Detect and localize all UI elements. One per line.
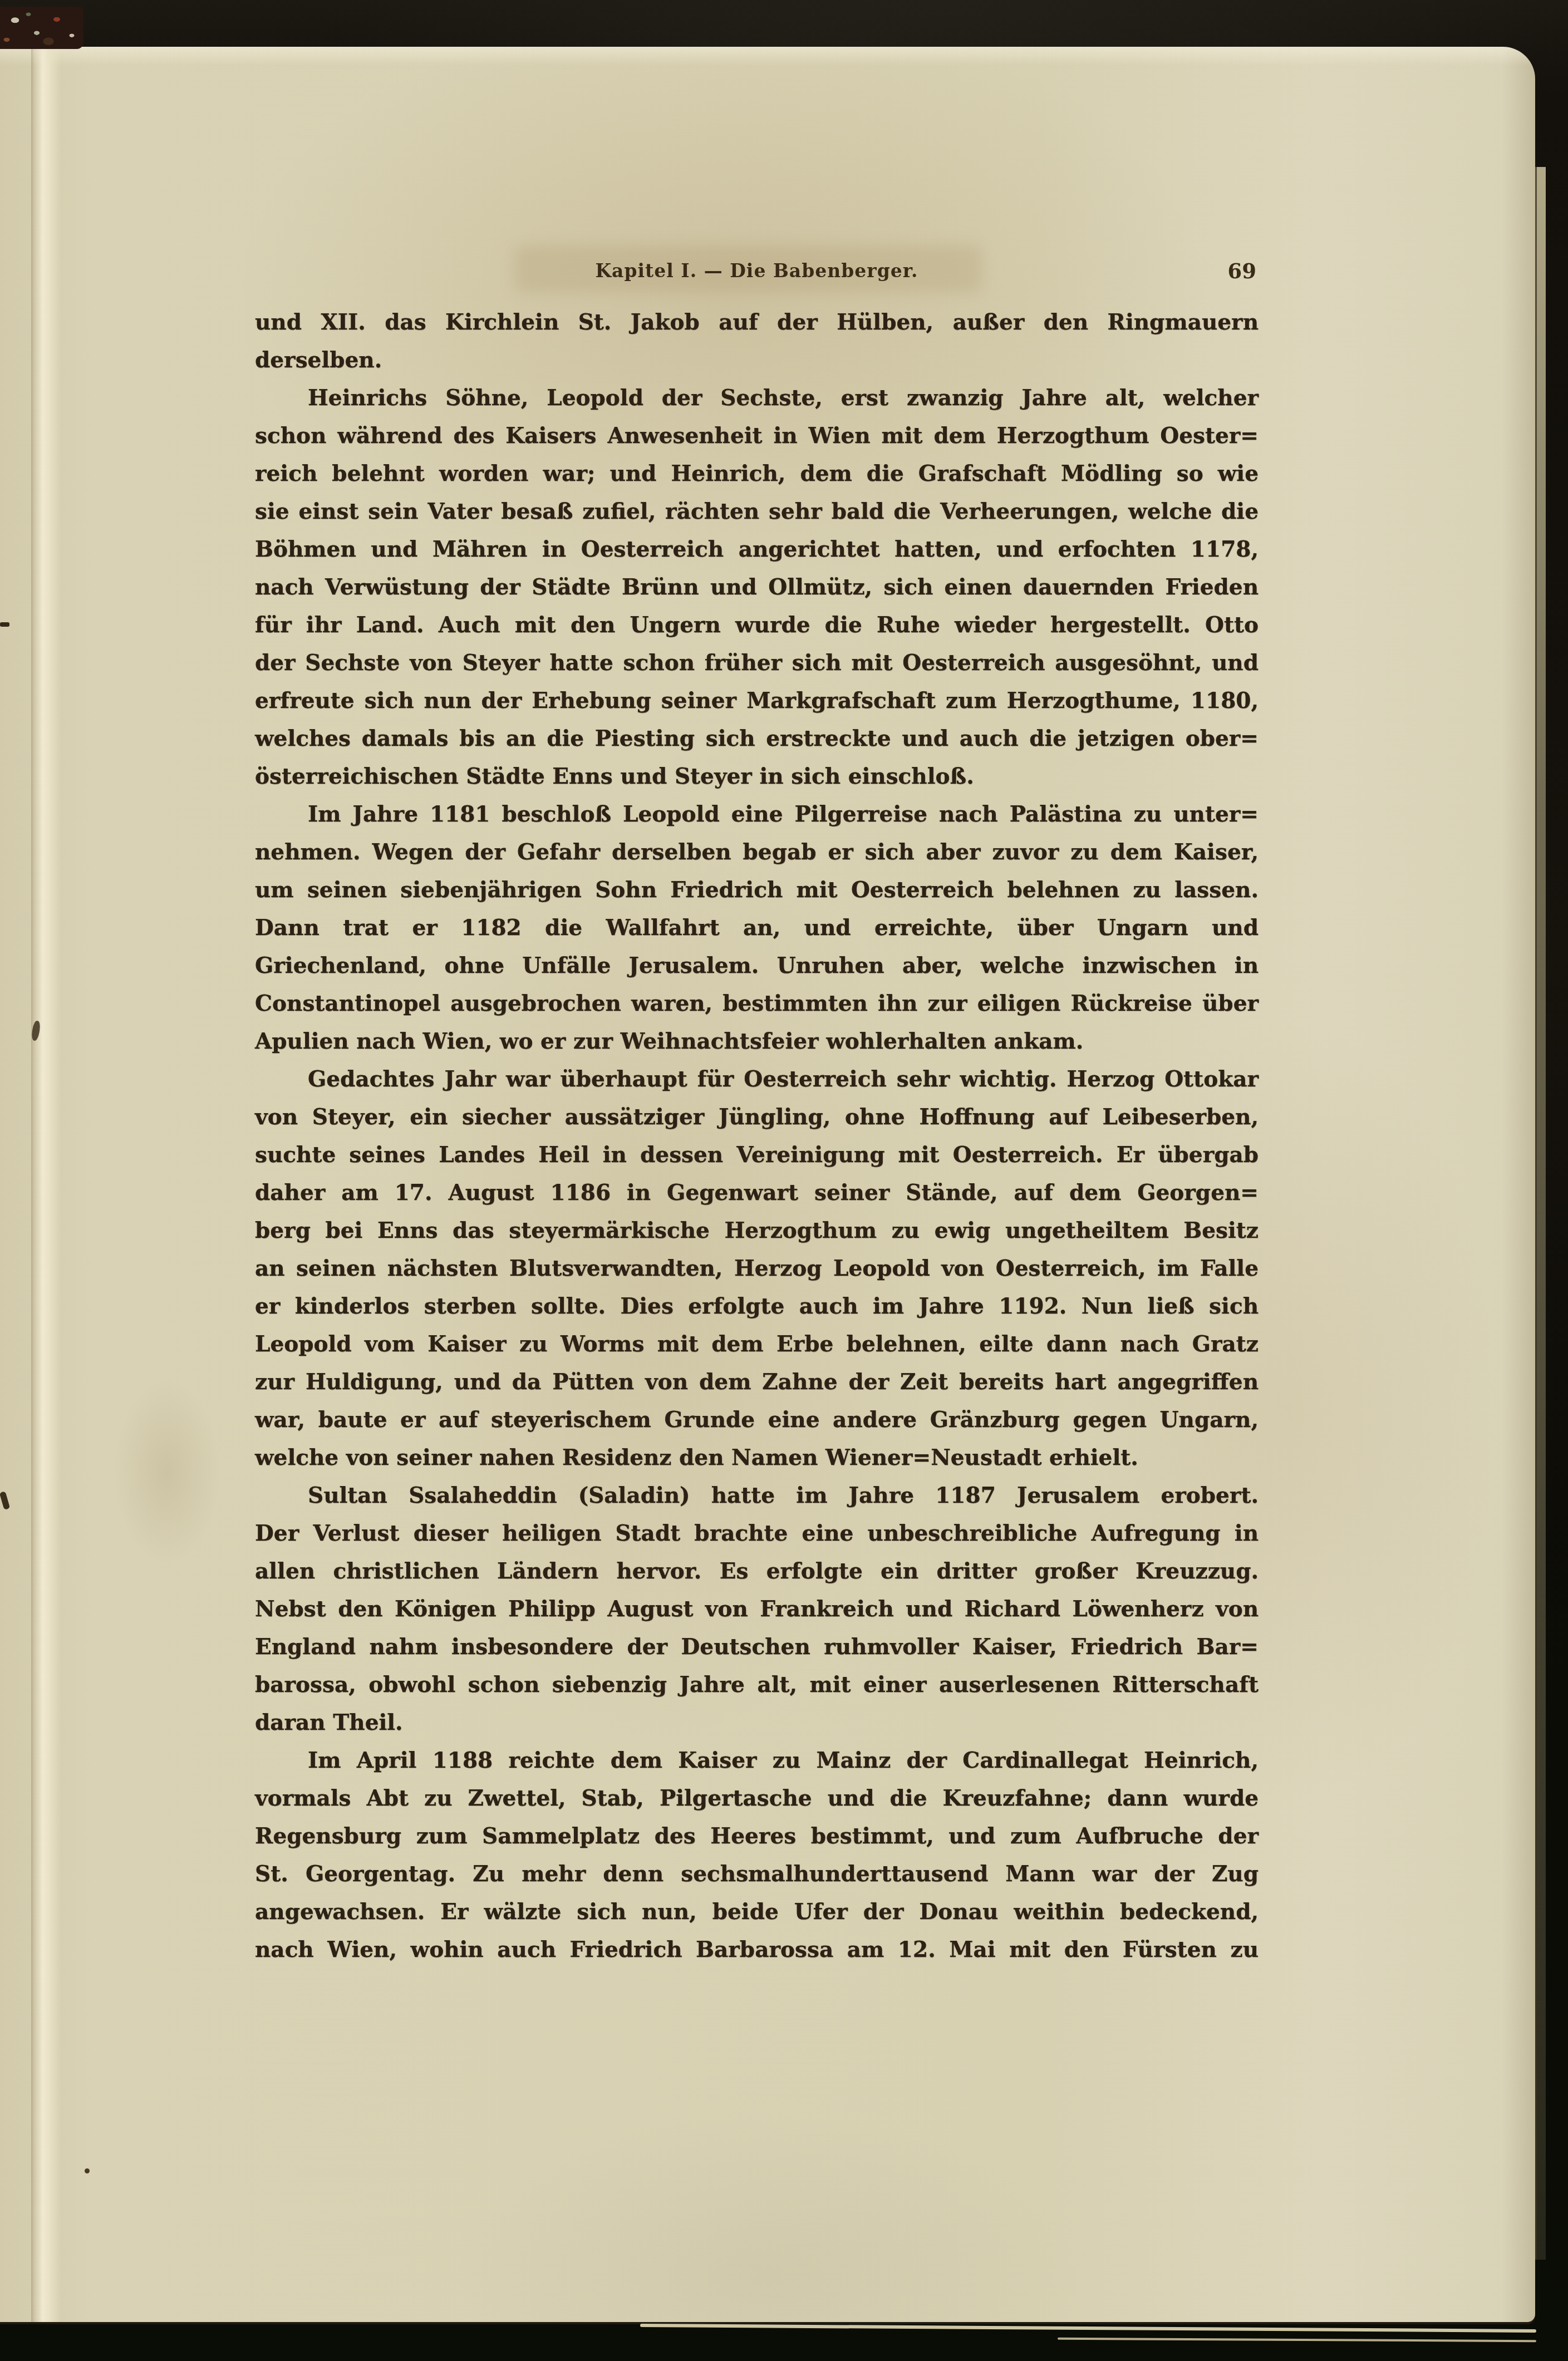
- text-line: um seinen siebenjährigen Sohn Friedrich …: [255, 871, 1259, 909]
- text-line: England nahm insbesondere der Deutschen …: [255, 1628, 1259, 1666]
- text-line: reich belehnt worden war; und Heinrich, …: [255, 455, 1259, 493]
- book-scan: Kapitel I. — Die Babenberger. 69 und XII…: [0, 0, 1568, 2361]
- text-line: Im Jahre 1181 beschloß Leopold eine Pilg…: [255, 795, 1259, 833]
- text-line: österreichischen Städte Enns und Steyer …: [255, 758, 1259, 795]
- text-line: nehmen. Wegen der Gefahr derselben begab…: [255, 833, 1259, 871]
- text-line: welches damals bis an die Piesting sich …: [255, 720, 1259, 758]
- gutter-crease: [31, 47, 61, 2322]
- text-line: für ihr Land. Auch mit den Ungern wurde …: [255, 606, 1259, 644]
- running-head: Kapitel I. — Die Babenberger. 69: [255, 252, 1259, 291]
- text-line: Apulien nach Wien, wo er zur Weihnachtsf…: [255, 1022, 1259, 1060]
- underlying-page-edge: [640, 2324, 1536, 2333]
- text-line: Constantinopel ausgebrochen waren, besti…: [255, 985, 1259, 1022]
- text-line: zur Huldigung, und da Pütten von dem Zah…: [255, 1363, 1259, 1401]
- paper-stain: [114, 1380, 220, 1564]
- text-line: vormals Abt zu Zwettel, Stab, Pilgertasc…: [255, 1779, 1259, 1817]
- text-line: welche von seiner nahen Residenz den Nam…: [255, 1439, 1259, 1477]
- text-line: sie einst sein Vater besaß zufiel, rächt…: [255, 493, 1259, 530]
- text-line: barossa, obwohl schon siebenzig Jahre al…: [255, 1666, 1259, 1704]
- text-line: Der Verlust dieser heiligen Stadt bracht…: [255, 1514, 1259, 1552]
- text-line: Böhmen und Mähren in Oesterreich angeric…: [255, 530, 1259, 568]
- text-block: und XII. das Kirchlein St. Jakob auf der…: [255, 303, 1259, 1969]
- running-header-title: Kapitel I. — Die Babenberger.: [255, 252, 1259, 291]
- text-line: Leopold vom Kaiser zu Worms mit dem Erbe…: [255, 1325, 1259, 1363]
- text-line: angewachsen. Er wälzte sich nun, beide U…: [255, 1893, 1259, 1931]
- text-line: Sultan Ssalaheddin (Saladin) hatte im Ja…: [255, 1477, 1259, 1514]
- text-line: berg bei Enns das steyermärkische Herzog…: [255, 1212, 1259, 1250]
- text-line: Griechenland, ohne Unfälle Jerusalem. Un…: [255, 947, 1259, 985]
- text-line: suchte seines Landes Heil in dessen Vere…: [255, 1136, 1259, 1174]
- text-line: derselben.: [255, 341, 1259, 379]
- text-line: Heinrichs Söhne, Leopold der Sechste, er…: [255, 379, 1259, 417]
- text-line: Dann trat er 1182 die Wallfahrt an, und …: [255, 909, 1259, 947]
- text-line: Gedachtes Jahr war überhaupt für Oesterr…: [255, 1060, 1259, 1098]
- ink-speck: [0, 622, 9, 627]
- text-line: der Sechste von Steyer hatte schon frühe…: [255, 644, 1259, 682]
- text-line: an seinen nächsten Blutsverwandten, Herz…: [255, 1250, 1259, 1287]
- text-line: war, baute er auf steyerischem Grunde ei…: [255, 1401, 1259, 1439]
- text-line: und XII. das Kirchlein St. Jakob auf der…: [255, 303, 1259, 341]
- text-line: schon während des Kaisers Anwesenheit in…: [255, 417, 1259, 455]
- text-line: Im April 1188 reichte dem Kaiser zu Main…: [255, 1742, 1259, 1779]
- text-line: St. Georgentag. Zu mehr denn sechsmalhun…: [255, 1855, 1259, 1893]
- text-line: daher am 17. August 1186 in Gegenwart se…: [255, 1174, 1259, 1212]
- ink-speck: [85, 2168, 90, 2173]
- text-line: allen christlichen Ländern hervor. Es er…: [255, 1552, 1259, 1590]
- text-line: nach Verwüstung der Städte Brünn und Oll…: [255, 568, 1259, 606]
- page-edge-strip-right: [1535, 167, 1546, 2260]
- text-line: erfreute sich nun der Erhebung seiner Ma…: [255, 682, 1259, 720]
- page-number: 69: [1228, 252, 1257, 291]
- text-line: Nebst den Königen Philipp August von Fra…: [255, 1590, 1259, 1628]
- underlying-page-edge: [1058, 2338, 1536, 2343]
- marbled-board-corner: [0, 7, 83, 49]
- text-line: daran Theil.: [255, 1704, 1259, 1742]
- text-line: nach Wien, wohin auch Friedrich Barbaros…: [255, 1931, 1259, 1969]
- text-line: er kinderlos sterben sollte. Dies erfolg…: [255, 1287, 1259, 1325]
- text-line: Regensburg zum Sammelplatz des Heeres be…: [255, 1817, 1259, 1855]
- text-line: von Steyer, ein siecher aussätziger Jüng…: [255, 1098, 1259, 1136]
